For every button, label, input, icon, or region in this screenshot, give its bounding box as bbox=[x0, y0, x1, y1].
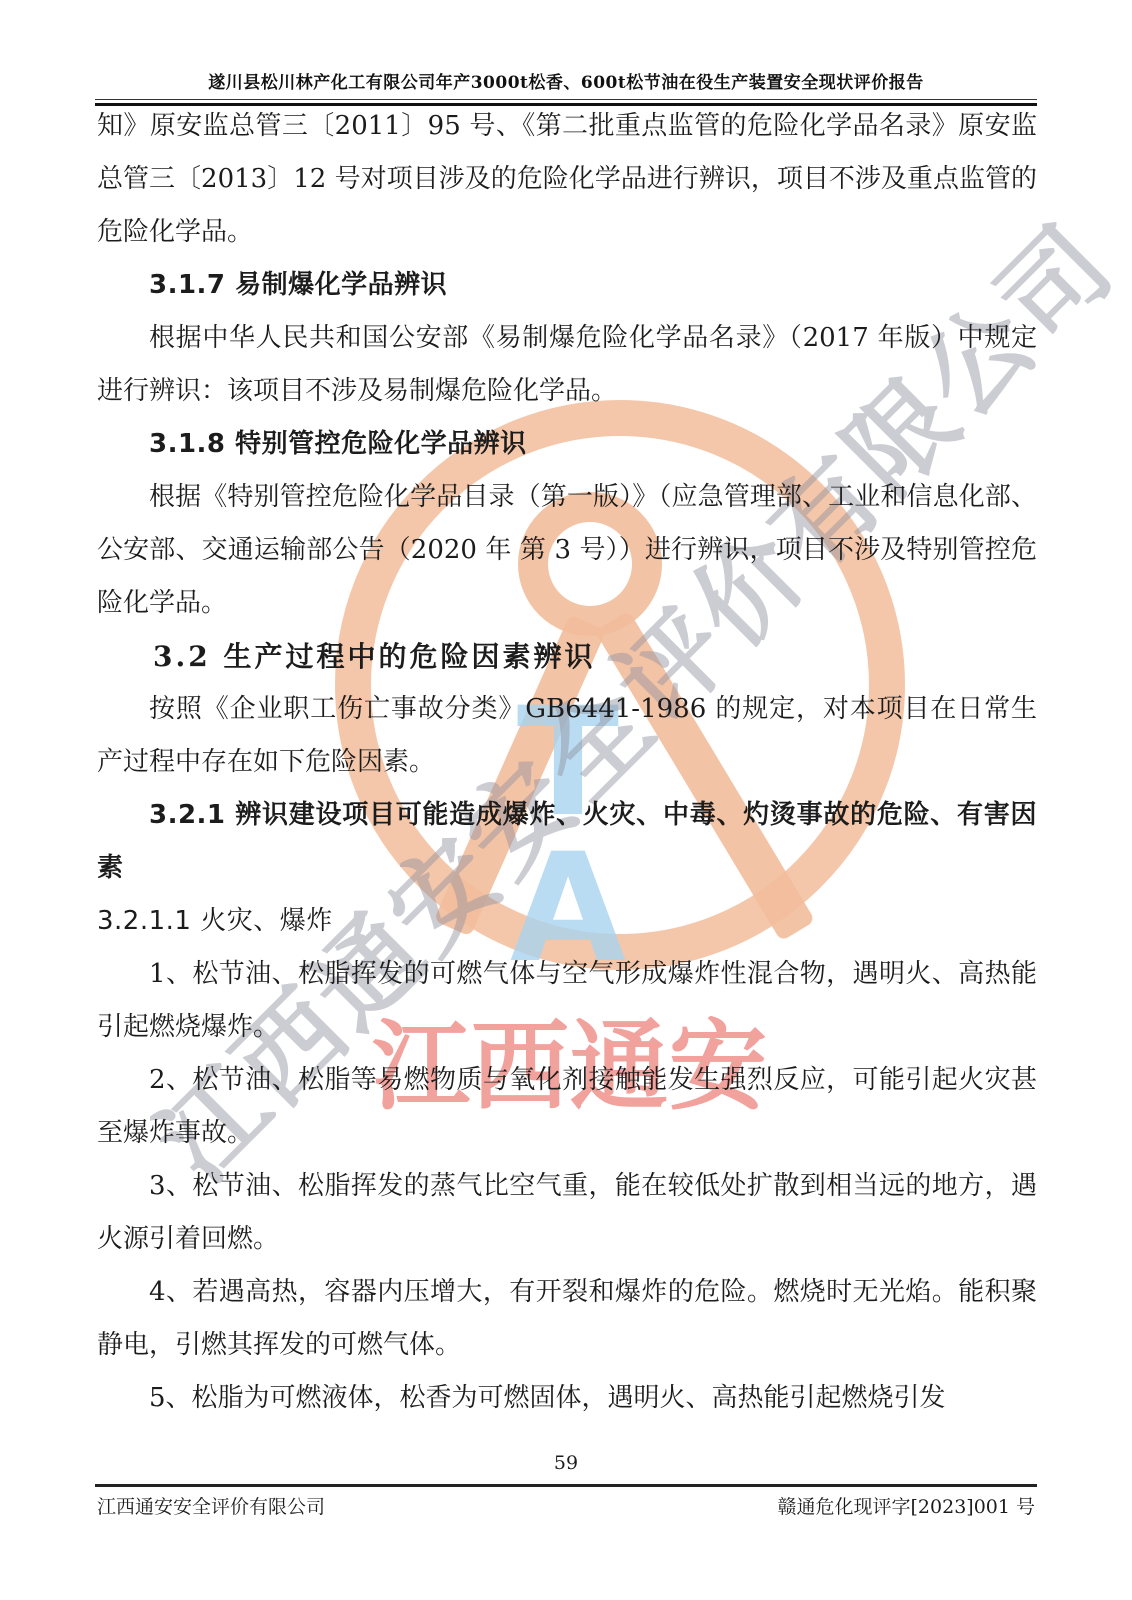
footer-rule bbox=[95, 1484, 1037, 1487]
section-heading: 3.2.1 辨识建设项目可能造成爆炸、火灾、中毒、灼烫事故的危险、有害因素 bbox=[97, 789, 1037, 895]
section-heading: 3.1.7 易制爆化学品辨识 bbox=[97, 259, 1037, 312]
body-paragraph: 2、松节油、松脂等易燃物质与氧化剂接触能发生强烈反应，可能引起火灾甚至爆炸事故。 bbox=[97, 1054, 1037, 1160]
body-paragraph: 4、若遇高热，容器内压增大，有开裂和爆炸的危险。燃烧时无光焰。能积聚静电，引燃其… bbox=[97, 1266, 1037, 1372]
page-footer: 江西通安安全评价有限公司 赣通危化现评字[2023]001 号 bbox=[97, 1492, 1035, 1519]
footer-company: 江西通安安全评价有限公司 bbox=[97, 1492, 325, 1519]
footer-doc-number: 赣通危化现评字[2023]001 号 bbox=[778, 1492, 1035, 1519]
body-paragraph: 根据中华人民共和国公安部《易制爆危险化学品名录》（2017 年版）中规定进行辨识… bbox=[97, 312, 1037, 418]
body-paragraph: 3、松节油、松脂挥发的蒸气比空气重，能在较低处扩散到相当远的地方，遇火源引着回燃… bbox=[97, 1160, 1037, 1266]
body-paragraph: 5、松脂为可燃液体，松香为可燃固体，遇明火、高热能引起燃烧引发 bbox=[97, 1372, 1037, 1425]
section-heading: 3.2.1.1 火灾、爆炸 bbox=[97, 895, 1037, 948]
body-paragraph: 知》原安监总管三〔2011〕95 号、《第二批重点监管的危险化学品名录》原安监总… bbox=[97, 100, 1037, 259]
body-paragraph: 根据《特别管控危险化学品目录（第一版）》（应急管理部、工业和信息化部、公安部、交… bbox=[97, 471, 1037, 630]
section-heading: 3.1.8 特别管控危险化学品辨识 bbox=[97, 418, 1037, 471]
body-paragraph: 1、松节油、松脂挥发的可燃气体与空气形成爆炸性混合物，遇明火、高热能引起燃烧爆炸… bbox=[97, 948, 1037, 1054]
page-header-title: 遂川县松川林产化工有限公司年产3000t松香、600t松节油在役生产装置安全现状… bbox=[95, 68, 1037, 93]
body-paragraph: 按照《企业职工伤亡事故分类》GB6441-1986 的规定，对本项目在日常生产过… bbox=[97, 683, 1037, 789]
document-page: 江西通安安全评价有限公司 T A 江西通安 遂川县松川林产化工有限公司年产300… bbox=[0, 0, 1132, 1600]
page-number: 59 bbox=[0, 1452, 1132, 1474]
document-body: 知》原安监总管三〔2011〕95 号、《第二批重点监管的危险化学品名录》原安监总… bbox=[97, 100, 1037, 1425]
section-heading: 3.2 生产过程中的危险因素辨识 bbox=[97, 630, 1037, 683]
